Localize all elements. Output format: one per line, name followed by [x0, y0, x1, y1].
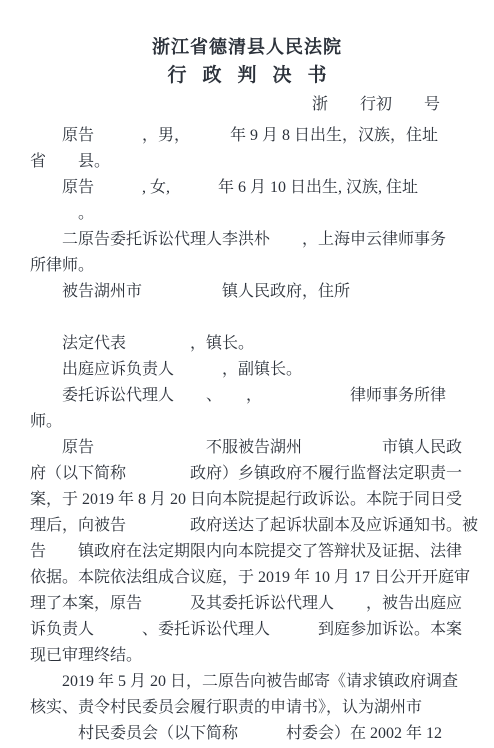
- body-line: 理了本案，原告 及其委托诉讼代理人 ，被告出庭应: [30, 591, 464, 617]
- body-line: 委托诉讼代理人 、 ， 律师事务所律: [30, 383, 464, 409]
- document-header: 浙江省德清县人民法院 行政判决书: [0, 0, 494, 90]
- body-line: 原告 ，男， 年 9 月 8 日出生，汉族，住址: [30, 123, 464, 149]
- body-line: 现已审理终结。: [30, 643, 464, 669]
- body-line: 诉负责人 、委托诉讼代理人 到庭参加诉讼。本案: [30, 617, 464, 643]
- body-line: 出庭应诉负责人 ，副镇长。: [30, 357, 464, 383]
- body-line: 法定代表 ，镇长。: [30, 331, 464, 357]
- document-body: 原告 ，男， 年 9 月 8 日出生，汉族，住址 省 县。 原告 , 女, 年 …: [0, 117, 494, 747]
- body-line: 核实、责令村民委员会履行职责的申请书》，认为湖州市: [30, 695, 464, 721]
- case-number: 浙 行初 号: [0, 93, 494, 117]
- body-line: 二原告委托诉讼代理人李洪朴 ，上海申云律师事务: [30, 227, 464, 253]
- body-line: 2019 年 5 月 20 日，二原告向被告邮寄《请求镇政府调查: [30, 669, 464, 695]
- judgment-document-page: 浙江省德清县人民法院 行政判决书 浙 行初 号 原告 ，男， 年 9 月 8 日…: [0, 0, 494, 748]
- body-line: 原告 不服被告湖州 市镇人民政: [30, 435, 464, 461]
- body-line-redacted-blank: [30, 305, 464, 331]
- body-line: 省 县。: [30, 149, 464, 175]
- body-line: 村民委员会（以下简称 村委会）在 2002 年 12: [30, 721, 464, 747]
- body-line: 所律师。: [30, 253, 464, 279]
- body-line: 案，于 2019 年 8 月 20 日向本院提起行政诉讼。本院于同日受: [30, 487, 464, 513]
- body-line: 。: [30, 201, 464, 227]
- document-type-title: 行政判决书: [0, 62, 494, 90]
- body-line: 府（以下简称 政府）乡镇政府不履行监督法定职责一: [30, 461, 464, 487]
- body-line: 告 镇政府在法定期限内向本院提交了答辩状及证据、法律: [30, 539, 464, 565]
- body-line: 原告 , 女, 年 6 月 10 日出生, 汉族, 住址: [30, 175, 464, 201]
- body-line: 被告湖州市 镇人民政府，住所: [30, 279, 464, 305]
- court-name: 浙江省德清县人民法院: [0, 34, 494, 60]
- body-line: 理后，向被告 政府送达了起诉状副本及应诉通知书。被: [30, 513, 464, 539]
- body-line: 师。: [30, 409, 464, 435]
- body-line: 依据。本院依法组成合议庭，于 2019 年 10 月 17 日公开开庭审: [30, 565, 464, 591]
